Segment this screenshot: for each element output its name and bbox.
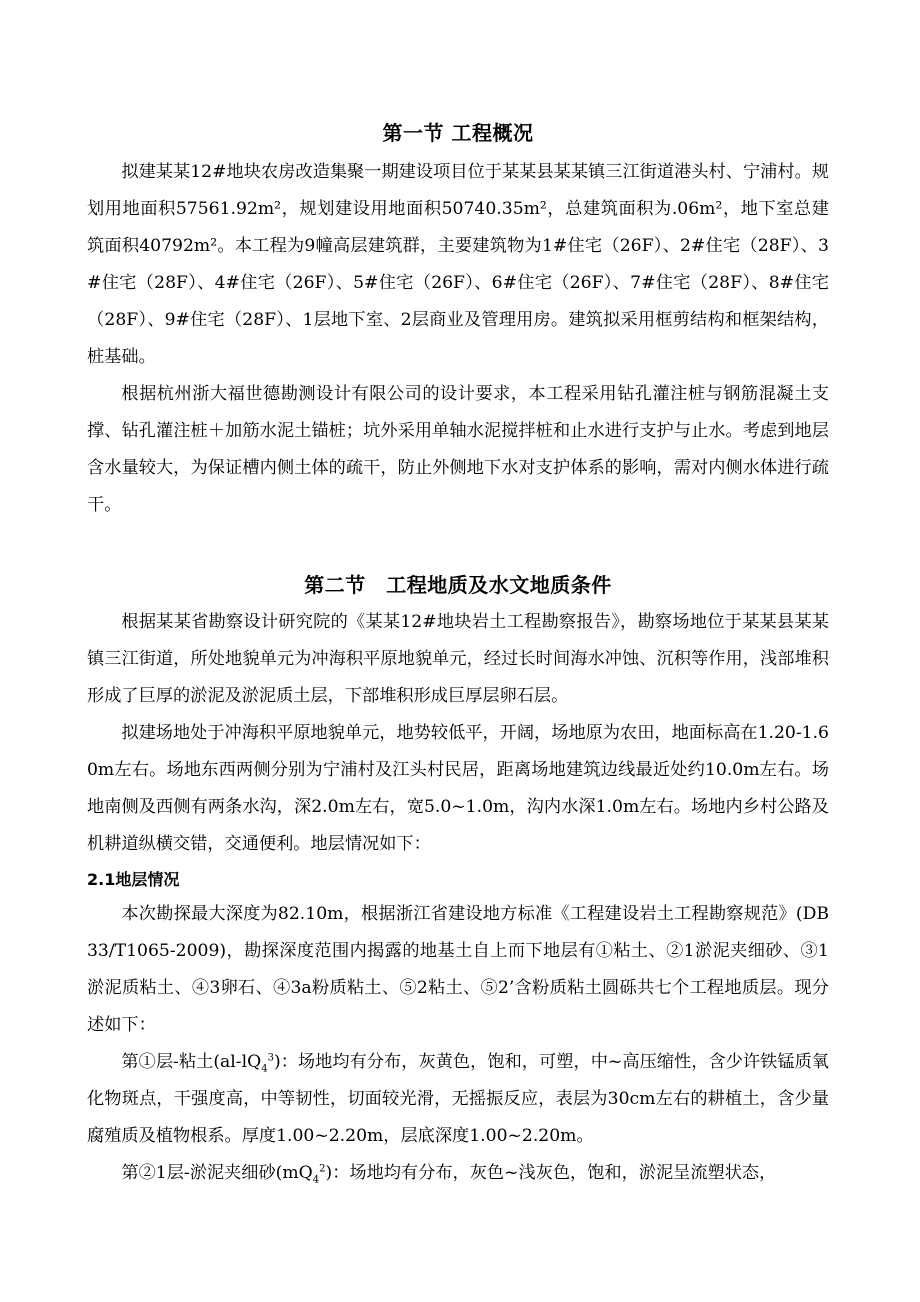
section-1-paragraph-support-design: 根据杭州浙大福世德勘测设计有限公司的设计要求，本工程采用钻孔灌注桩与钢筋混凝土支… <box>87 376 829 524</box>
layer-1-clay-description: 第①层-粘土(al-lQ43)：场地均有分布，灰黄色，饱和，可塑，中~高压缩性，… <box>87 1044 829 1155</box>
section-2-title: 第二节 工程地质及水文地质条件 <box>87 570 829 600</box>
subsection-2-1-intro: 本次勘探最大深度为82.10m，根据浙江省建设地方标准《工程建设岩土工程勘察规范… <box>87 896 829 1044</box>
section-2-paragraph-site: 拟建场地处于冲海积平原地貌单元，地势较低平，开阔，场地原为农田，地面标高在1.2… <box>87 715 829 863</box>
section-1-title: 第一节 工程概况 <box>87 118 829 148</box>
section-2-paragraph-survey: 根据某某省勘察设计研究院的《某某12#地块岩土工程勘察报告》，勘察场地位于某某县… <box>87 604 829 715</box>
section-1-paragraph-overview: 拟建某某12#地块农房改造集聚一期建设项目位于某某县某某镇三江街道港头村、宁浦村… <box>87 154 829 376</box>
layer-1-subscript: 4 <box>261 1063 267 1074</box>
layer-1-prefix: 第①层-粘土(al-lQ <box>121 1052 261 1072</box>
layer-2-1-subscript: 4 <box>313 1174 319 1185</box>
layer-2-1-silt-description: 第②1层-淤泥夹细砂(mQ42)：场地均有分布，灰色~浅灰色，饱和，淤泥呈流塑状… <box>87 1155 829 1192</box>
document-page: 第一节 工程概况 拟建某某12#地块农房改造集聚一期建设项目位于某某县某某镇三江… <box>87 118 829 1192</box>
layer-2-1-text: )：场地均有分布，灰色~浅灰色，饱和，淤泥呈流塑状态， <box>325 1163 776 1183</box>
subsection-2-1-heading: 2.1地层情况 <box>87 863 829 896</box>
layer-2-1-prefix: 第②1层-淤泥夹细砂(mQ <box>121 1163 312 1183</box>
